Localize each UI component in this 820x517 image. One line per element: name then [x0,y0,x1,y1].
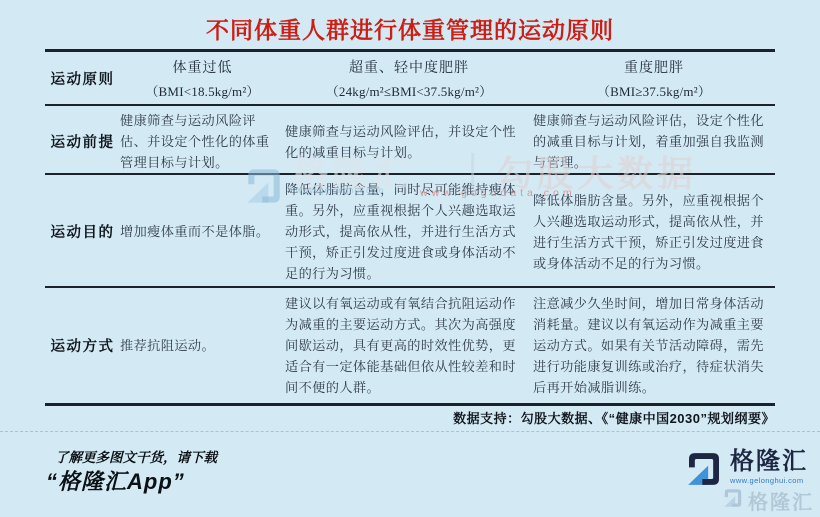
page-title: 不同体重人群进行体重管理的运动原则 [0,12,820,45]
data-source-line: 数据支持：勾股大数据、《“健康中国2030”规划纲要》 [453,408,775,427]
table-row-method: 运动方式 推荐抗阻运动。 建议以有氧运动或有氧结合抗阻运动作为减重的主要运动方式… [45,288,775,403]
table-cell: 建议以有氧运动或有氧结合抗阻运动作为减重的主要运动方式。其次为高强度间歇运动，具… [285,288,533,403]
column-title: 重度肥胖 [624,57,684,77]
column-bmi-range: （BMI<18.5kg/m²） [145,81,259,100]
logo-website-url: www.gelonghui.com [730,476,808,485]
table-header-row: 运动原则 体重过低 （BMI<18.5kg/m²） 超重、轻中度肥胖 （24kg… [45,52,775,106]
table-cell: 推荐抗阻运动。 [120,288,285,403]
column-bmi-range: （BMI≥37.5kg/m²） [597,81,711,100]
table-cell: 注意减少久坐时间，增加日常身体活动消耗量。建议以有氧运动作为减重主要运动方式。如… [533,288,775,403]
logo-text-block: 格隆汇 www.gelonghui.com [730,449,808,485]
row-label: 运动目的 [45,175,120,288]
gelonghui-logo: 格隆汇 www.gelonghui.com [684,449,808,494]
table-cell: 降低体脂肪含量，同时尽可能维持瘦体重。另外，应重视根据个人兴趣选取运动形式，提高… [285,175,533,288]
row-label: 运动方式 [45,288,120,403]
infographic-canvas: 不同体重人群进行体重管理的运动原则 运动原则 体重过低 （BMI<18.5kg/… [0,0,820,517]
table-row-purpose: 运动目的 增加瘦体重而不是体脂。 降低体脂肪含量，同时尽可能维持瘦体重。另外，应… [45,175,775,288]
gelonghui-g-icon [684,449,724,494]
table-cell: 健康筛查与运动风险评估、并设定个性化的体重管理目标与计划。 [120,106,285,177]
corner-label: 运动原则 [45,52,120,104]
column-title: 体重过低 [173,57,233,77]
app-name-text: “格隆汇App” [46,465,185,496]
principles-table: 运动原则 体重过低 （BMI<18.5kg/m²） 超重、轻中度肥胖 （24kg… [45,49,775,406]
column-title: 超重、轻中度肥胖 [349,57,469,77]
logo-brand-name: 格隆汇 [730,449,808,475]
column-bmi-range: （24kg/m²≤BMI<37.5kg/m²） [326,81,493,100]
table-cell: 健康筛查与运动风险评估，设定个性化的减重目标与计划，着重加强自我监测与管理。 [533,106,775,177]
column-header-overweight: 超重、轻中度肥胖 （24kg/m²≤BMI<37.5kg/m²） [285,52,533,104]
dashed-divider [0,431,820,432]
table-cell: 降低体脂肪含量。另外，应重视根据个人兴趣选取运动形式，提高依从性，并进行生活方式… [533,175,775,288]
table-row-prerequisite: 运动前提 健康筛查与运动风险评估、并设定个性化的体重管理目标与计划。 健康筛查与… [45,106,775,175]
row-label: 运动前提 [45,106,120,177]
column-header-severe-obesity: 重度肥胖 （BMI≥37.5kg/m²） [533,52,775,104]
promo-text: 了解更多图文干货，请下载 [55,446,217,466]
column-header-underweight: 体重过低 （BMI<18.5kg/m²） [120,52,285,104]
table-cell: 增加瘦体重而不是体脂。 [120,175,285,288]
table-cell: 健康筛查与运动风险评估，并设定个性化的减重目标与计划。 [285,106,533,177]
